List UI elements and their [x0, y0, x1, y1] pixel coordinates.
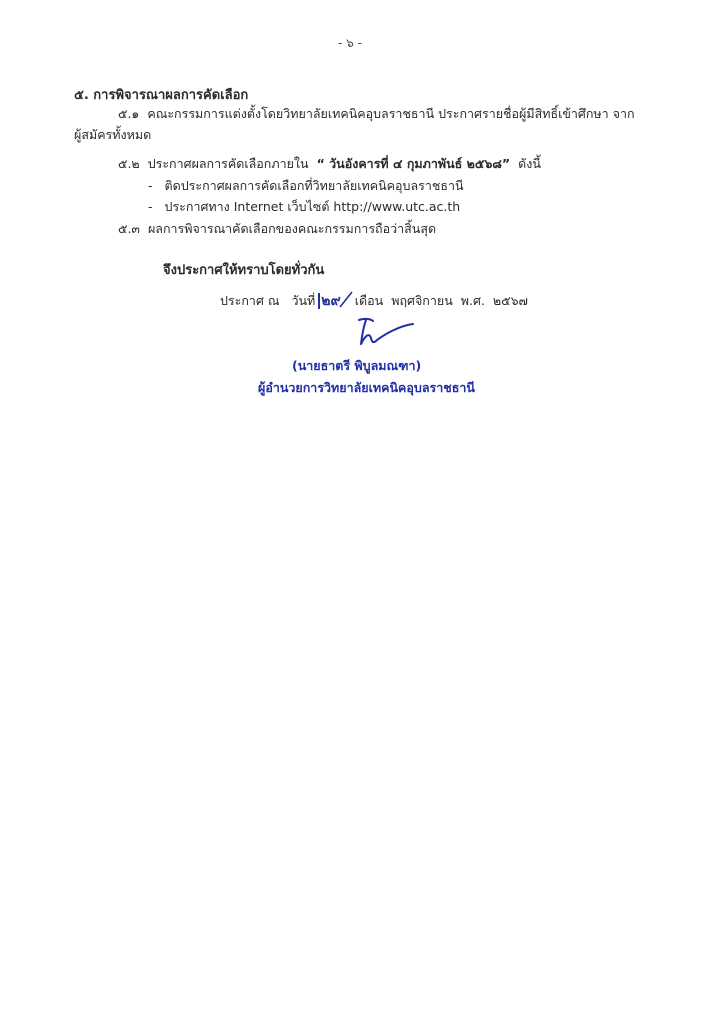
bullet-dash: - [148, 178, 153, 193]
bullet-text: ติดประกาศผลการคัดเลือกที่วิทยาลัยเทคนิคอ… [165, 178, 464, 193]
month-value: พฤศจิกายน [391, 293, 453, 308]
signatory-position: ผู้อำนวยการวิทยาลัยเทคนิคอุบลราชธานี [258, 378, 475, 398]
item-5-2-number: ๕.๒ [118, 156, 140, 171]
item-5-1-number: ๕.๑ [118, 106, 139, 121]
bullet-item: -ติดประกาศผลการคัดเลือกที่วิทยาลัยเทคนิค… [148, 178, 464, 194]
item-5-3-number: ๕.๓ [118, 221, 140, 236]
item-5-1: ๕.๑คณะกรรมการแต่งตั้งโดยวิทยาลัยเทคนิคอุ… [118, 106, 635, 122]
section-heading: ๕. การพิจารณาผลการคัดเลือก [74, 84, 248, 105]
item-5-2-suffix: ดังนี้ [518, 156, 541, 171]
date-line: ประกาศ ณวันที่๒๙เดือนพฤศจิกายนพ.ศ.๒๕๖๗ [220, 291, 528, 309]
year-value: ๒๕๖๗ [493, 293, 528, 308]
item-5-1-text: คณะกรรมการแต่งตั้งโดยวิทยาลัยเทคนิคอุบลร… [147, 106, 634, 121]
announcement-closing: จึงประกาศให้ทราบโดยทั่วกัน [163, 259, 324, 280]
signatory-name: (นายธาตรี พิบูลมณฑา) [292, 356, 421, 376]
month-label: เดือน [355, 293, 383, 308]
item-5-2: ๕.๒ประกาศผลการคัดเลือกภายใน“ วันอังคารที… [118, 156, 541, 172]
checkmark-stroke-icon [339, 291, 353, 309]
announcement-date: “ วันอังคารที่ ๔ กุมภาพันธ์ ๒๕๖๘” [317, 156, 511, 171]
bullet-dash: - [148, 199, 153, 214]
day-label: วันที่ [291, 293, 315, 308]
signature-icon [353, 316, 417, 350]
bullet-item: -ประกาศทาง Internet เว็บไซต์ http://www.… [148, 199, 460, 215]
item-5-1-continuation: ผู้สมัครทั้งหมด [74, 127, 151, 143]
signature-mark [353, 316, 417, 354]
item-5-3: ๕.๓ผลการพิจารณาคัดเลือกของคณะกรรมการถือว… [118, 221, 436, 237]
page-number: - ๖ - [338, 34, 362, 53]
year-label: พ.ศ. [461, 293, 485, 308]
date-prefix: ประกาศ ณ [220, 293, 279, 308]
bullet-text: ประกาศทาง Internet เว็บไซต์ http://www.u… [165, 199, 461, 214]
item-5-3-text: ผลการพิจารณาคัดเลือกของคณะกรรมการถือว่าส… [148, 221, 436, 236]
item-5-2-text: ประกาศผลการคัดเลือกภายใน [148, 156, 309, 171]
